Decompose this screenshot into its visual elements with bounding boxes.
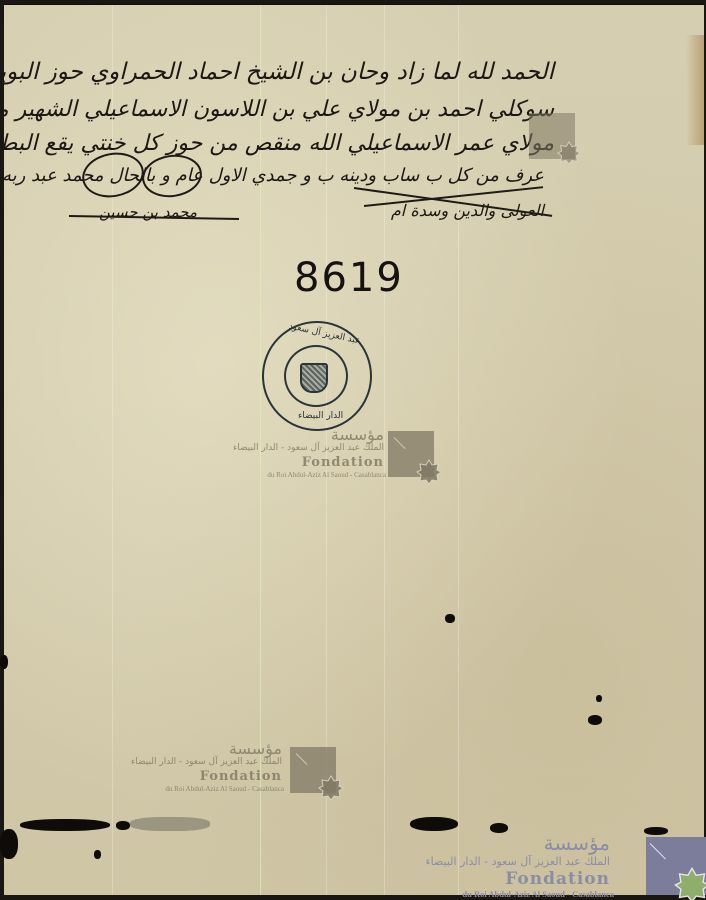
- manuscript-page: الحمد لله لما زاد وحان بن الشيخ احماد ال…: [4, 4, 704, 895]
- ink-blot: [445, 614, 455, 623]
- watermark-french-title: Fondation: [505, 869, 610, 889]
- ink-blot: [0, 655, 8, 669]
- handwritten-line-3: مولاي عمر الاسماعيلي الله منقص من حوز كل…: [0, 131, 554, 156]
- watermark-lower: مؤسسة الملك عبد العزيز آل سعود - الدار ا…: [114, 739, 354, 797]
- archive-number: 8619: [294, 255, 404, 301]
- watermark-french-title: Fondation: [200, 769, 282, 784]
- watermark-arabic-title: مؤسسة: [331, 425, 384, 444]
- foundation-logo-icon: [529, 113, 575, 159]
- watermark-arabic-subtitle: الملك عبد العزيز آل سعود - الدار البيضاء: [131, 757, 282, 767]
- watermark-french-subtitle: du Roi Abdul-Aziz Al Saoud - Casablanca: [267, 471, 386, 479]
- seal-outer-text: عبد العزيز آل سعود: [288, 322, 361, 347]
- ink-blot: [0, 829, 18, 859]
- watermark-arabic-subtitle: الملك عبد العزيز آل سعود - الدار البيضاء: [425, 855, 610, 868]
- watermark-arabic-title: مؤسسة: [229, 739, 282, 758]
- handwritten-line-1: الحمد لله لما زاد وحان بن الشيخ احماد ال…: [0, 59, 554, 85]
- seal-emblem-icon: [300, 363, 328, 393]
- ink-blot: [588, 715, 602, 725]
- watermark-arabic-subtitle: الملك عبد العزيز آل سعود - الدار البيضاء: [233, 443, 384, 453]
- foundation-logo-icon: [646, 837, 706, 895]
- water-stain: [130, 817, 210, 831]
- foundation-logo-icon: [388, 431, 434, 477]
- ink-blot: [94, 850, 101, 859]
- ink-blot: [116, 821, 130, 830]
- ink-blot: [596, 695, 602, 702]
- watermark-french-subtitle: du Roi Abdul-Aziz Al Saoud - Casablanca: [462, 889, 614, 899]
- watermark-french-subtitle: du Roi Abdul-Aziz Al Saoud - Casablanca: [165, 785, 284, 793]
- foundation-logo-icon: [290, 747, 336, 793]
- ink-blot: [410, 817, 458, 831]
- ink-blot: [20, 819, 110, 831]
- watermark-french-title: Fondation: [302, 455, 384, 470]
- watermark-center: مؤسسة الملك عبد العزيز آل سعود - الدار ا…: [216, 425, 456, 483]
- seal-inner-ring: [284, 345, 348, 407]
- notary-flourish: [79, 148, 148, 202]
- watermark-corner: مؤسسة الملك عبد العزيز آل سعود - الدار ا…: [440, 831, 706, 899]
- watermark-top-logo: [529, 113, 577, 161]
- foundation-seal: عبد العزيز آل سعود الدار البيضاء: [262, 321, 372, 431]
- handwritten-line-2: سوكلي احمد بن مولاي علي بن اللاسون الاسم…: [0, 97, 554, 122]
- watermark-arabic-title: مؤسسة: [544, 831, 610, 855]
- seal-lower-text: الدار البيضاء: [298, 411, 343, 421]
- notary-flourish: [139, 151, 204, 201]
